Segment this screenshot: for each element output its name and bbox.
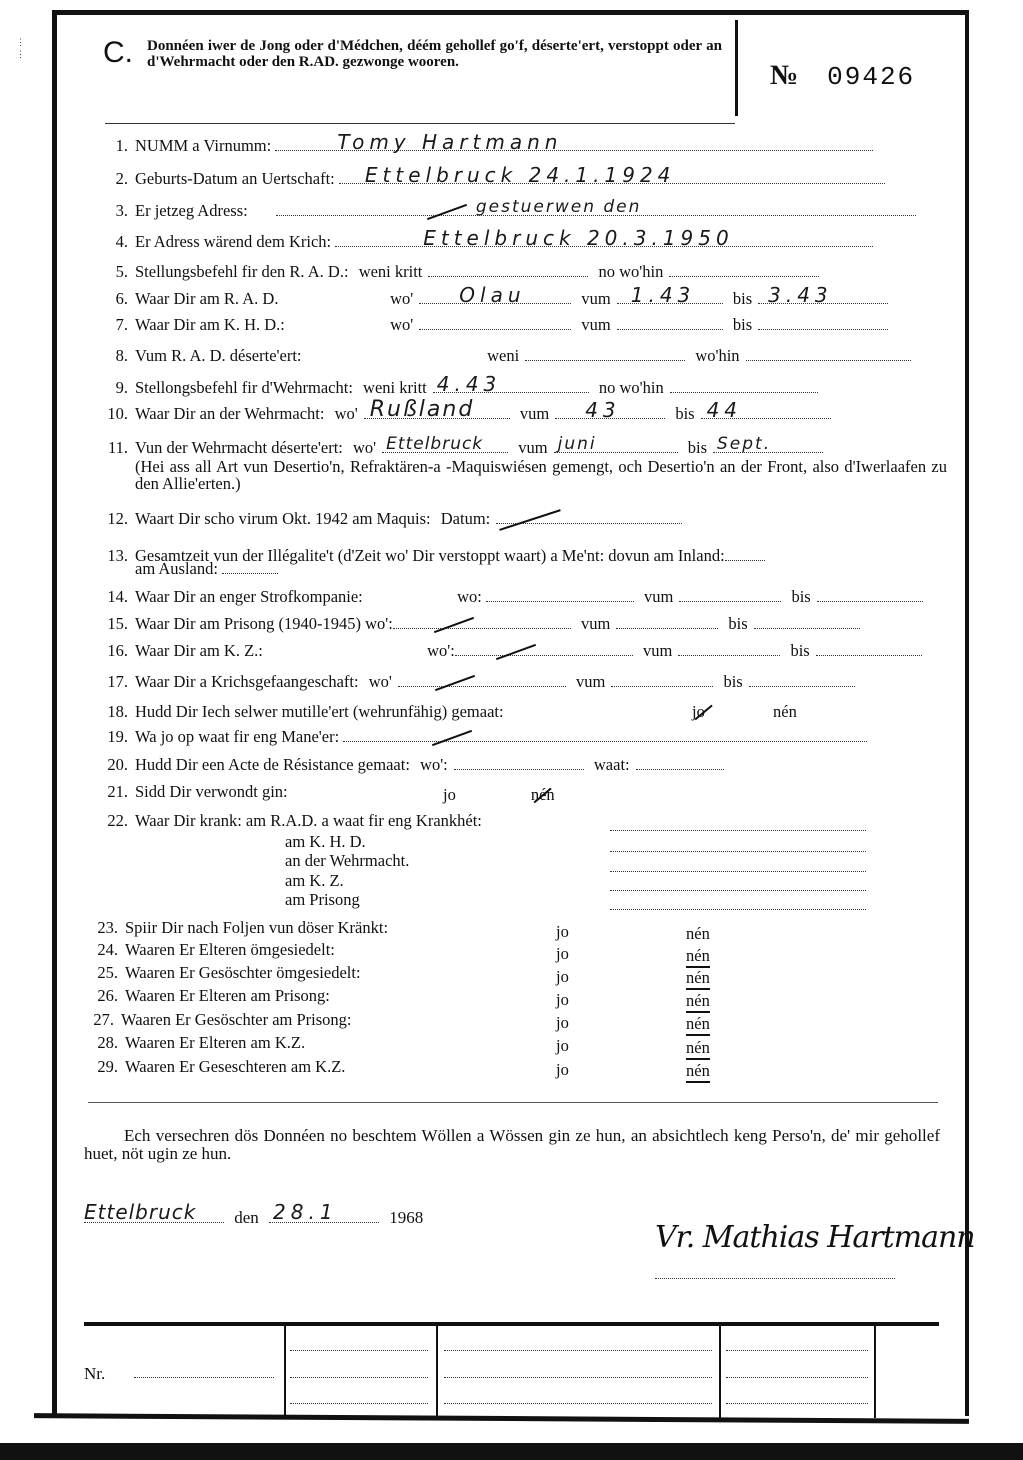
item-22-khd-field[interactable] (610, 850, 866, 852)
item-20-what[interactable] (636, 755, 724, 770)
item-17-where[interactable] (398, 672, 566, 687)
item-23-no-option[interactable]: nén (686, 924, 710, 944)
item-16-to[interactable] (816, 641, 922, 656)
item-6-where[interactable]: Olau (419, 289, 571, 304)
item-22-rad-field[interactable] (610, 829, 866, 831)
item-22-prisong-field[interactable] (610, 908, 866, 910)
item-25-yes-option[interactable]: jo (556, 967, 569, 987)
item-4: 4.Er Adress wärend dem Krich: Ettelbruck… (98, 232, 873, 252)
margin-marks: ⋮⋮ (16, 36, 25, 60)
date-field[interactable]: 28.1 (269, 1208, 379, 1223)
numero-sign: № (770, 60, 798, 91)
item-3: 3.Er jetzeg Adress: gestuerwen den (98, 201, 916, 221)
office-use-table: Nr. (84, 1322, 939, 1418)
item-25-no-option[interactable]: nén (686, 968, 710, 990)
item-6: 6.Waar Dir am R. A. D. wo'Olau vum1.43 b… (98, 289, 888, 309)
item-24-no-option[interactable]: nén (686, 946, 710, 968)
current-address-field[interactable]: gestuerwen den (276, 201, 916, 216)
item-23: 23.Spiir Dir nach Foljen vun döser Kränk… (88, 918, 388, 938)
item-9: 9.Stellongsbefehl fir d'Wehrmacht: weni … (98, 378, 818, 398)
item-16: 16.Waar Dir am K. Z.: wo': vum bis (98, 641, 922, 661)
item-19: 19.Wa jo op waat fir eng Mane'er: (98, 727, 867, 747)
table-divider (874, 1326, 876, 1418)
item-17-from[interactable] (611, 672, 713, 687)
place-field[interactable]: Ettelbruck (84, 1208, 224, 1223)
item-10-to[interactable]: 44 (701, 404, 831, 419)
item-11-to[interactable]: Sept. (713, 438, 823, 453)
form-number: № 09426 (770, 60, 915, 92)
item-1: 1.NUMM a Virnumm: Tomy Hartmann (98, 136, 873, 156)
item-19-manner[interactable] (343, 727, 867, 742)
table-cell[interactable] (290, 1376, 428, 1378)
item-17: 17.Waar Dir a Krichsgefaangeschaft: wo' … (98, 672, 855, 692)
item-20: 20.Hudd Dir een Acte de Résistance gemaa… (98, 755, 724, 775)
table-divider (436, 1326, 438, 1418)
item-7: 7.Waar Dir am K. H. D.: wo' vum bis (98, 315, 888, 335)
item-11: 11.Vun der Wehrmacht déserte'ert: wo'Ett… (98, 438, 823, 458)
table-divider (284, 1326, 286, 1418)
item-6-from[interactable]: 1.43 (617, 289, 723, 304)
item-10: 10.Waar Dir an der Wehrmacht: wo'Rußland… (98, 404, 831, 424)
declaration-text: Ech versechren dös Donnéen no beschtem W… (84, 1127, 940, 1163)
item-14-where[interactable] (486, 587, 634, 602)
item-17-to[interactable] (749, 672, 855, 687)
scan-edge (0, 1443, 1023, 1460)
item-11-where[interactable]: Ettelbruck (382, 438, 508, 453)
item-9-when[interactable]: 4.43 (433, 378, 589, 393)
item-14-from[interactable] (679, 587, 781, 602)
birth-field[interactable]: Ettelbruck 24.1.1924 (339, 169, 885, 184)
table-cell[interactable] (290, 1402, 428, 1404)
item-8-when[interactable] (525, 346, 685, 361)
item-8-where[interactable] (746, 346, 911, 361)
item-26-yes-option[interactable]: jo (556, 990, 569, 1010)
header-divider (735, 20, 738, 116)
item-8: 8.Vum R. A. D. déserte'ert: weni wo'hin (98, 346, 911, 366)
table-cell[interactable] (444, 1376, 712, 1378)
item-11-note: (Hei ass all Art vun Desertio'n, Refrakt… (135, 458, 947, 492)
item-24-yes-option[interactable]: jo (556, 944, 569, 964)
item-15-to[interactable] (754, 614, 860, 629)
item-28-yes-option[interactable]: jo (556, 1036, 569, 1056)
item-22: 22.Waar Dir krank: am R.A.D. a waat fir … (98, 811, 482, 831)
item-7-where[interactable] (419, 315, 571, 330)
item-5-when[interactable] (428, 262, 588, 277)
item-2: 2.Geburts-Datum an Uertschaft: Ettelbruc… (98, 169, 885, 189)
item-22-kz: am K. Z. (285, 871, 344, 891)
item-22-wehrmacht: an der Wehrmacht. (285, 851, 409, 871)
name-field[interactable]: Tomy Hartmann (275, 136, 873, 151)
table-cell[interactable] (290, 1349, 428, 1351)
item-29-no-option[interactable]: nén (686, 1061, 710, 1083)
section-letter: C. (103, 36, 133, 70)
item-18-yes-option[interactable]: jo (692, 702, 705, 722)
form-number-value: 09426 (827, 62, 915, 92)
item-27: 27.Waaren Er Gesöschter am Prisong: (84, 1010, 352, 1030)
table-divider (719, 1326, 721, 1418)
place-date: Ettelbruck den 28.1 1968 (84, 1208, 423, 1228)
form-header: C. Donnéen iwer de Jong oder d'Médchen, … (95, 30, 735, 120)
table-cell[interactable] (726, 1376, 868, 1378)
item-14-to[interactable] (817, 587, 923, 602)
item-26-no-option[interactable]: nén (686, 991, 710, 1013)
item-14: 14.Waar Dir an enger Strofkompanie: wo: … (98, 587, 923, 607)
item-21-no-option[interactable]: nén (531, 785, 555, 805)
item-12: 12.Waart Dir scho virum Okt. 1942 am Maq… (98, 509, 682, 529)
item-25: 25.Waaren Er Gesöschter ömgesiedelt: (88, 963, 361, 983)
item-28-no-option[interactable]: nén (686, 1038, 710, 1060)
item-24: 24.Waaren Er Elteren ömgesiedelt: (88, 940, 335, 960)
item-13-inland[interactable] (725, 546, 765, 561)
item-22-prisong: am Prisong (285, 890, 360, 910)
item-21: 21.Sidd Dir verwondt gin: (98, 782, 288, 802)
table-cell[interactable] (726, 1402, 868, 1404)
wartime-address-field[interactable]: Ettelbruck 20.3.1950 (335, 232, 873, 247)
table-cell[interactable] (444, 1349, 712, 1351)
item-23-yes-option[interactable]: jo (556, 922, 569, 942)
nr-label: Nr. (84, 1364, 105, 1384)
item-21-yes-option[interactable]: jo (443, 785, 456, 805)
item-16-from[interactable] (678, 641, 780, 656)
item-15: 15.Waar Dir am Prisong (1940-1945) wo': … (98, 614, 860, 634)
item-27-yes-option[interactable]: jo (556, 1013, 569, 1033)
item-9-where[interactable] (670, 378, 818, 393)
declaration-separator (88, 1102, 938, 1103)
item-18-no-option[interactable]: nén (773, 702, 797, 722)
item-28: 28.Waaren Er Elteren am K.Z. (88, 1033, 305, 1053)
item-15-where[interactable] (393, 614, 571, 629)
table-cell[interactable] (444, 1402, 712, 1404)
item-18: 18.Hudd Dir Iech selwer mutille'ert (weh… (98, 702, 504, 722)
item-15-from[interactable] (616, 614, 718, 629)
nr-field[interactable] (134, 1376, 274, 1378)
header-rule (105, 123, 735, 124)
item-22-kz-field[interactable] (610, 889, 866, 891)
item-10-where[interactable]: Rußland (364, 404, 510, 419)
item-22-wehrmacht-field[interactable] (610, 870, 866, 872)
item-10-from[interactable]: 43 (555, 404, 665, 419)
item-13-abroad: am Ausland: (135, 559, 278, 579)
form-title: Donnéen iwer de Jong oder d'Médchen, déé… (147, 38, 722, 70)
item-16-where[interactable] (455, 641, 633, 656)
item-13-abroad-field[interactable] (222, 559, 278, 574)
item-5: 5.Stellungsbefehl fir den R. A. D.: weni… (98, 262, 819, 282)
item-12-date[interactable] (496, 509, 682, 524)
item-7-from[interactable] (617, 315, 723, 330)
item-7-to[interactable] (758, 315, 888, 330)
item-5-where[interactable] (669, 262, 819, 277)
item-20-where[interactable] (454, 755, 584, 770)
item-6-to[interactable]: 3.43 (758, 289, 888, 304)
signature: Vr. Mathias Hartmann (655, 1220, 975, 1255)
item-22-khd: am K. H. D. (285, 832, 366, 852)
item-29-yes-option[interactable]: jo (556, 1060, 569, 1080)
item-11-from[interactable]: juni (554, 438, 678, 453)
item-29: 29.Waaren Er Geseschteren am K.Z. (88, 1057, 345, 1077)
item-26: 26.Waaren Er Elteren am Prisong: (88, 986, 330, 1006)
item-27-no-option[interactable]: nén (686, 1014, 710, 1036)
table-cell[interactable] (726, 1349, 868, 1351)
item-label: NUMM a Virnumm: (135, 136, 271, 155)
signature-line[interactable] (655, 1278, 895, 1279)
